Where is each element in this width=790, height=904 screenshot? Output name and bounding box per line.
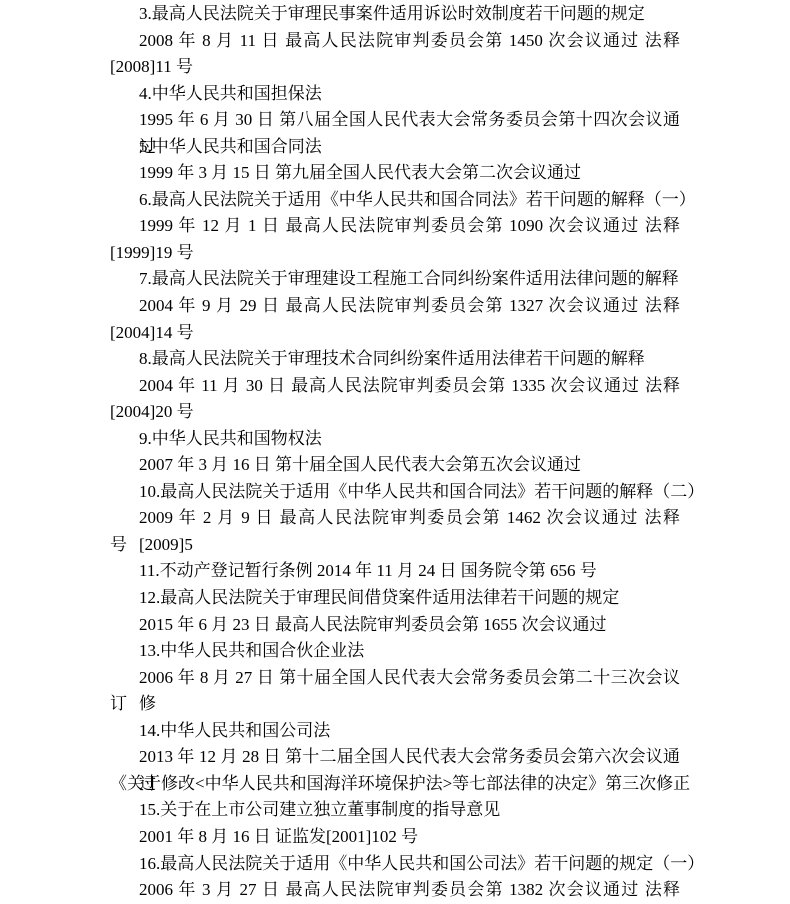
- document-line: 2008 年 8 月 11 日 最高人民法院审判委员会第 1450 次会议通过 …: [110, 28, 680, 55]
- document-line: 10.最高人民法院关于适用《中华人民共和国合同法》若干问题的解释（二）: [110, 479, 680, 506]
- document-line: [1999]19 号: [110, 240, 680, 267]
- document-line: 11.不动产登记暂行条例 2014 年 11 月 24 日 国务院令第 656 …: [110, 558, 680, 585]
- document-line: 3.最高人民法院关于审理民事案件适用诉讼时效制度若干问题的规定: [110, 1, 680, 28]
- document-line: 2004 年 9 月 29 日 最高人民法院审判委员会第 1327 次会议通过 …: [110, 293, 680, 320]
- document-line: 13.中华人民共和国合伙企业法: [110, 638, 680, 665]
- document-line: 2004 年 11 月 30 日 最高人民法院审判委员会第 1335 次会议通过…: [110, 373, 680, 400]
- document-page: 3.最高人民法院关于审理民事案件适用诉讼时效制度若干问题的规定 2008 年 8…: [0, 0, 790, 904]
- document-line: 16.最高人民法院关于适用《中华人民共和国公司法》若干问题的规定（一）: [110, 851, 680, 878]
- document-line: 《关于修改<中华人民共和国海洋环境保护法>等七部法律的决定》第三次修正: [110, 771, 680, 798]
- document-line: 1999 年 12 月 1 日 最高人民法院审判委员会第 1090 次会议通过 …: [110, 213, 680, 240]
- document-line: [2004]14 号: [110, 320, 680, 347]
- document-line: 订: [110, 691, 680, 718]
- document-line: 4.中华人民共和国担保法: [110, 81, 680, 108]
- document-line: 15.关于在上市公司建立独立董事制度的指导意见: [110, 797, 680, 824]
- document-line: [2004]20 号: [110, 399, 680, 426]
- document-line: 1999 年 3 月 15 日 第九届全国人民代表大会第二次会议通过: [110, 160, 680, 187]
- document-line: [2008]11 号: [110, 54, 680, 81]
- document-line: 9.中华人民共和国物权法: [110, 426, 680, 453]
- document-line: 2006 年 8 月 27 日 第十届全国人民代表大会常务委员会第二十三次会议修: [110, 665, 680, 692]
- document-line: 号: [110, 532, 680, 559]
- document-line: 2009 年 2 月 9 日 最高人民法院审判委员会第 1462 次会议通过 法…: [110, 505, 680, 532]
- document-line: 1995 年 6 月 30 日 第八届全国人民代表大会常务委员会第十四次会议通过: [110, 107, 680, 134]
- document-line: 2015 年 6 月 23 日 最高人民法院审判委员会第 1655 次会议通过: [110, 612, 680, 639]
- document-line: 6.最高人民法院关于适用《中华人民共和国合同法》若干问题的解释（一）: [110, 187, 680, 214]
- document-line: 14.中华人民共和国公司法: [110, 718, 680, 745]
- document-line: 2006 年 3 月 27 日 最高人民法院审判委员会第 1382 次会议通过 …: [110, 877, 680, 904]
- document-line: 2001 年 8 月 16 日 证监发[2001]102 号: [110, 824, 680, 851]
- document-line: 2013 年 12 月 28 日 第十二届全国人民代表大会常务委员会第六次会议通…: [110, 744, 680, 771]
- document-line: 2007 年 3 月 16 日 第十届全国人民代表大会第五次会议通过: [110, 452, 680, 479]
- document-line: 12.最高人民法院关于审理民间借贷案件适用法律若干问题的规定: [110, 585, 680, 612]
- document-line: 7.最高人民法院关于审理建设工程施工合同纠纷案件适用法律问题的解释: [110, 266, 680, 293]
- document-line: 5.中华人民共和国合同法: [110, 134, 680, 161]
- document-line: 8.最高人民法院关于审理技术合同纠纷案件适用法律若干问题的解释: [110, 346, 680, 373]
